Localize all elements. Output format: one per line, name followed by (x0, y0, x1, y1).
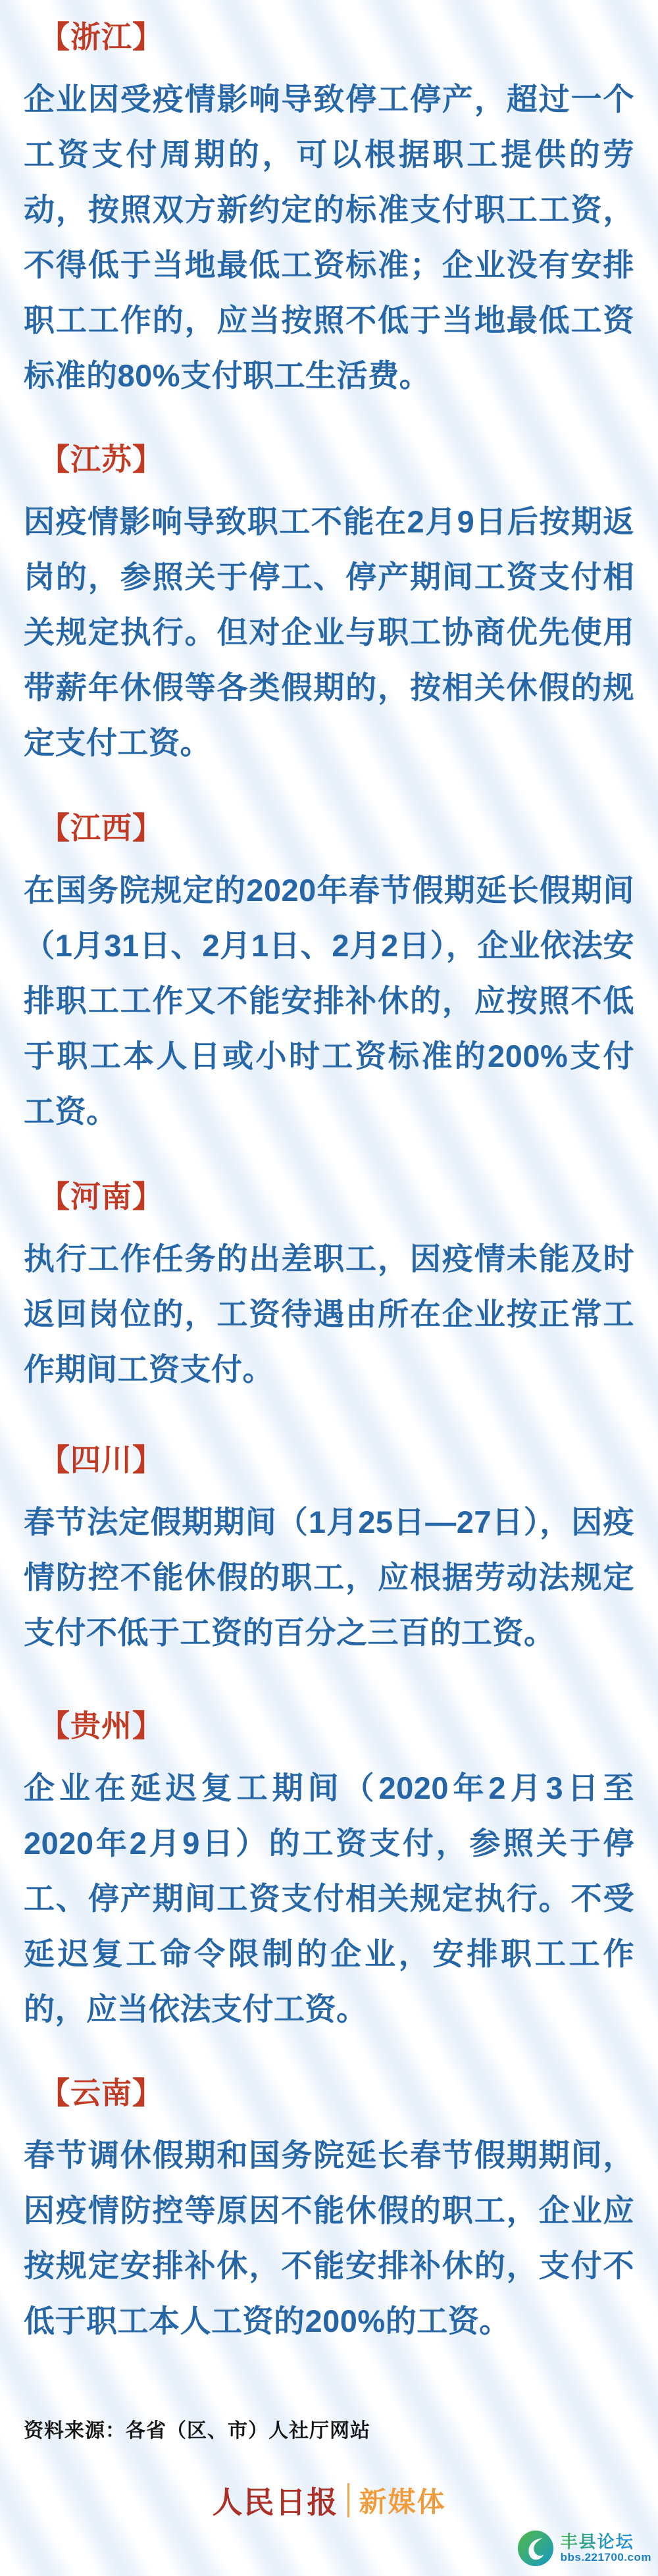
section-header: 【江苏】 (39, 442, 634, 477)
section-jiangxi: 【江西】 在国务院规定的2020年春节假期延长假期间（1月31日、2月1日、2月… (24, 811, 634, 1139)
section-guizhou: 【贵州】 企业在延迟复工期间（2020年2月3日至2020年2月9日）的工资支付… (24, 1709, 634, 2037)
section-body: 在国务院规定的2020年春节假期延长假期间（1月31日、2月1日、2月2日），企… (24, 863, 634, 1139)
watermark-title: 丰县论坛 (561, 2533, 651, 2552)
section-body: 执行工作任务的出差职工，因疫情未能及时返回岗位的，工资待遇由所在企业按正常工作期… (24, 1231, 634, 1397)
source-line: 资料来源：各省（区、市）人社厅网站 (24, 2414, 370, 2443)
section-henan: 【河南】 执行工作任务的出差职工，因疫情未能及时返回岗位的，工资待遇由所在企业按… (24, 1179, 634, 1397)
logo-divider-bar (347, 2483, 349, 2517)
section-header: 【浙江】 (39, 20, 634, 55)
people-daily-wordmark: 人民日报 (212, 2479, 338, 2522)
policy-poster: 【浙江】 企业因受疫情影响导致停工停产，超过一个工资支付周期的，可以根据职工提供… (0, 0, 658, 2576)
section-body: 春节调休假期和国务院延长春节假期期间，因疫情防控等原因不能休假的职工，企业应按规… (24, 2128, 634, 2349)
section-header: 【江西】 (39, 811, 634, 846)
section-header: 【河南】 (39, 1179, 634, 1214)
section-body: 因疫情影响导致职工不能在2月9日后按期返岗的，参照关于停工、停产期间工资支付相关… (24, 494, 634, 771)
new-media-wordmark: 新媒体 (359, 2481, 445, 2520)
watermark-url: bbs.221700.com (561, 2552, 651, 2564)
section-zhejiang: 【浙江】 企业因受疫情影响导致停工停产，超过一个工资支付周期的，可以根据职工提供… (24, 20, 634, 403)
section-jiangsu: 【江苏】 因疫情影响导致职工不能在2月9日后按期返岗的，参照关于停工、停产期间工… (24, 442, 634, 771)
section-header: 【四川】 (39, 1443, 634, 1478)
section-yunnan: 【云南】 春节调休假期和国务院延长春节假期期间，因疫情防控等原因不能休假的职工，… (24, 2076, 634, 2349)
section-sichuan: 【四川】 春节法定假期期间（1月25日—27日），因疫情防控不能休假的职工，应根… (24, 1443, 634, 1661)
section-body: 企业在延迟复工期间（2020年2月3日至2020年2月9日）的工资支付，参照关于… (24, 1761, 634, 2037)
section-header: 【贵州】 (39, 1709, 634, 1743)
people-daily-new-media-logo: 人民日报 新媒体 (0, 2479, 658, 2522)
watermark-text: 丰县论坛 bbs.221700.com (561, 2533, 651, 2563)
forum-swirl-icon (517, 2529, 555, 2567)
section-body: 企业因受疫情影响导致停工停产，超过一个工资支付周期的，可以根据职工提供的劳动，按… (24, 72, 634, 403)
forum-watermark: 丰县论坛 bbs.221700.com (517, 2529, 651, 2567)
section-body: 春节法定假期期间（1月25日—27日），因疫情防控不能休假的职工，应根据劳动法规… (24, 1495, 634, 1661)
section-header: 【云南】 (39, 2076, 634, 2111)
